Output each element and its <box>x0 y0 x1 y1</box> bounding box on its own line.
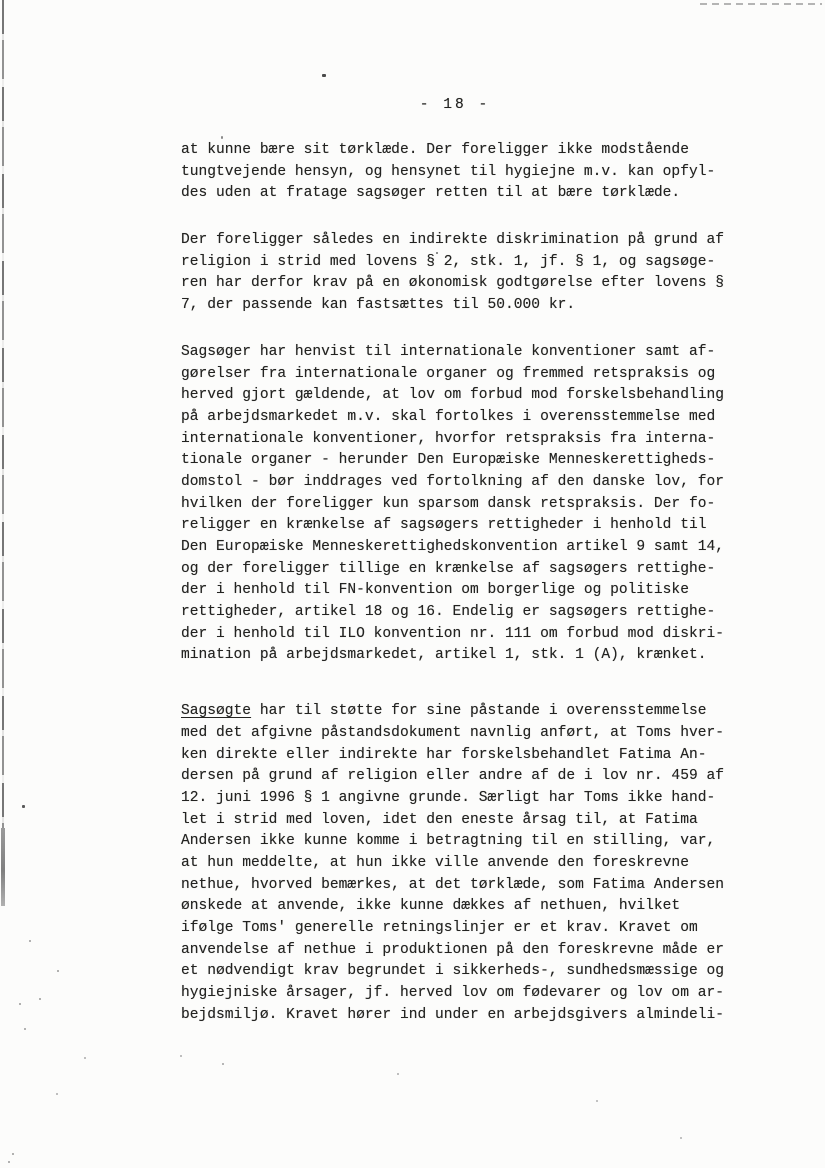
scan-speck <box>322 74 326 77</box>
text-line: gørelser fra internationale organer og f… <box>181 364 741 386</box>
text-line: og der foreligger tillige en krænkelse a… <box>181 559 741 581</box>
text-line: religger en krænkelse af sagsøgers retti… <box>181 515 741 537</box>
scan-speck <box>84 1057 86 1059</box>
text-line: anvendelse af nethue i produktionen på d… <box>181 940 741 962</box>
text-line: domstol - bør inddrages ved fortolkning … <box>181 472 741 494</box>
text-line: internationale konventioner, hvorfor ret… <box>181 429 741 451</box>
scan-artifact-top-dashed-line <box>700 3 822 5</box>
text-line: Sagsøger har henvist til internationale … <box>181 342 741 364</box>
scan-artifact-left-edge-dark-segment <box>1 828 5 906</box>
scan-speck <box>12 1153 14 1155</box>
text-line: på arbejdsmarkedet m.v. skal fortolkes i… <box>181 407 741 429</box>
text-line: tungtvejende hensyn, og hensynet til hyg… <box>181 162 741 184</box>
text-line: Andersen ikke kunne komme i betragtning … <box>181 831 741 853</box>
text-line: der i henhold til FN-konvention om borge… <box>181 580 741 602</box>
underlined-lead: Sagsøgte <box>181 703 251 719</box>
text-line: bejdsmiljø. Kravet hører ind under en ar… <box>181 1005 741 1027</box>
scan-speck <box>22 805 25 808</box>
scan-speck <box>596 1100 598 1102</box>
text-line: ken direkte eller indirekte har forskels… <box>181 745 741 767</box>
scan-speck <box>222 1063 224 1065</box>
scan-speck <box>29 940 31 942</box>
scan-speck <box>180 1055 182 1057</box>
scan-speck <box>8 1161 10 1163</box>
text-line: tionale organer - herunder Den Europæisk… <box>181 450 741 472</box>
scan-speck <box>221 136 223 139</box>
text-line: der i henhold til ILO konvention nr. 111… <box>181 624 741 646</box>
text-line: hygiejniske årsager, jf. herved lov om f… <box>181 983 741 1005</box>
text-line: ren har derfor krav på en økonomisk godt… <box>181 273 741 295</box>
text-line: Sagsøgte har til støtte for sine påstand… <box>181 701 741 723</box>
scan-speck <box>24 1028 26 1030</box>
text-line: herved gjort gældende, at lov om forbud … <box>181 385 741 407</box>
paragraph: Sagsøgte har til støtte for sine påstand… <box>181 701 741 1026</box>
paragraph: Der foreligger således en indirekte disk… <box>181 230 741 317</box>
document-body: at kunne bære sit tørklæde. Der foreligg… <box>181 140 741 1051</box>
text-line: let i strid med loven, idet den eneste å… <box>181 810 741 832</box>
text-line: Der foreligger således en indirekte disk… <box>181 230 741 252</box>
scanned-document-page: - 18 - at kunne bære sit tørklæde. Der f… <box>0 0 825 1168</box>
text-line: nethue, hvorved bemærkes, at det tørklæd… <box>181 875 741 897</box>
text-line: at hun meddelte, at hun ikke ville anven… <box>181 853 741 875</box>
text-line: hvilken der foreligger kun sparsom dansk… <box>181 494 741 516</box>
text-line: et nødvendigt krav begrundet i sikkerhed… <box>181 961 741 983</box>
text-line: med det afgivne påstandsdokument navnlig… <box>181 723 741 745</box>
scan-speck <box>57 970 59 972</box>
text-line: dersen på grund af religion eller andre … <box>181 766 741 788</box>
text-line: at kunne bære sit tørklæde. Der foreligg… <box>181 140 741 162</box>
text-line: 7, der passende kan fastsættes til 50.00… <box>181 295 741 317</box>
text-line: des uden at fratage sagsøger retten til … <box>181 183 741 205</box>
text-line: Den Europæiske Menneskerettighedskonvent… <box>181 537 741 559</box>
paragraph: at kunne bære sit tørklæde. Der foreligg… <box>181 140 741 205</box>
text-line: rettigheder, artikel 18 og 16. Endelig e… <box>181 602 741 624</box>
paragraph: Sagsøger har henvist til internationale … <box>181 342 741 667</box>
scan-artifact-left-edge <box>2 0 4 905</box>
scan-speck <box>19 1003 21 1005</box>
scan-speck <box>39 998 41 1000</box>
text-line: 12. juni 1996 § 1 angivne grunde. Særlig… <box>181 788 741 810</box>
page-number: - 18 - <box>181 95 729 117</box>
text-line: ønskede at anvende, ikke kunne dækkes af… <box>181 896 741 918</box>
text-line: mination på arbejdsmarkedet, artikel 1, … <box>181 645 741 667</box>
text-line: ifølge Toms' generelle retningslinjer er… <box>181 918 741 940</box>
scan-speck <box>680 1137 682 1139</box>
scan-speck <box>397 1073 399 1075</box>
scan-speck <box>56 1093 58 1095</box>
text-line: religion i strid med lovens § 2, stk. 1,… <box>181 252 741 274</box>
